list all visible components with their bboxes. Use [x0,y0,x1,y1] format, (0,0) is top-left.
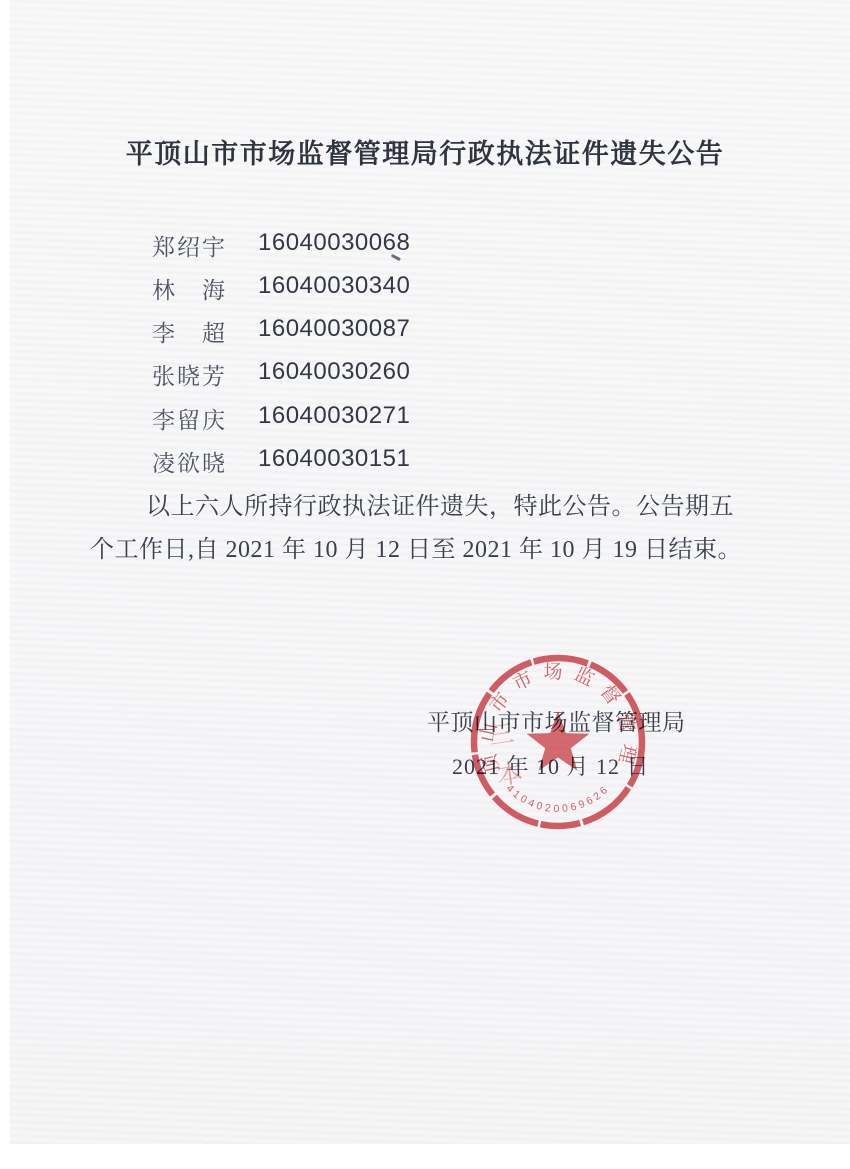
person-name: 李 超 [152,315,236,348]
notice-body: 以上六人所持行政执法证件遗失，特此公告。公告期五 个工作日,自 2021 年 1… [90,486,730,572]
official-seal-stamp: 平顶山市市场监督管理局 4104020069626 三 本 [443,627,673,857]
certificate-number: 16040030340 [258,272,410,300]
certificate-number: 16040030271 [258,402,410,430]
body-line: 个工作日,自 2021 年 10 月 12 日至 2021 年 10 月 19 … [90,529,730,572]
certificate-row: 李留庆 16040030271 [152,402,236,432]
certificate-row: 凌欲晓 16040030151 [152,445,236,475]
certificate-row: 林 海 16040030340 [152,272,236,302]
scanner-edge-bottom [0,1144,850,1169]
seal-graphics: 平顶山市市场监督管理局 4104020069626 三 本 [443,627,642,826]
paper-background [10,0,850,1144]
person-name: 郑绍宇 [152,229,236,262]
scanner-edge-left [0,0,10,1169]
person-name: 凌欲晓 [152,445,236,478]
certificate-row: 张晓芳 16040030260 [152,358,236,388]
scanned-page: 平顶山市市场监督管理局行政执法证件遗失公告 郑绍宇 16040030068 林 … [0,0,850,1169]
certificate-number: 16040030068 [258,229,410,257]
certificate-number: 16040030260 [258,358,410,386]
seal-inner-mark: 三 [487,719,516,750]
notice-title: 平顶山市市场监督管理局行政执法证件遗失公告 [0,132,850,171]
person-name: 林 海 [152,272,236,305]
seal-ring-text: 平顶山市市场监督管理局 [443,627,640,776]
person-name: 李留庆 [152,402,236,435]
body-line: 以上六人所持行政执法证件遗失，特此公告。公告期五 [90,486,730,529]
certificate-row: 郑绍宇 16040030068 [152,229,236,259]
seal-star-icon [527,711,590,771]
person-name: 张晓芳 [152,358,236,391]
certificate-row: 李 超 16040030087 [152,315,236,345]
certificate-number: 16040030151 [258,445,410,473]
certificate-number: 16040030087 [258,315,410,343]
seal-inner-mark: 本 [495,757,525,790]
